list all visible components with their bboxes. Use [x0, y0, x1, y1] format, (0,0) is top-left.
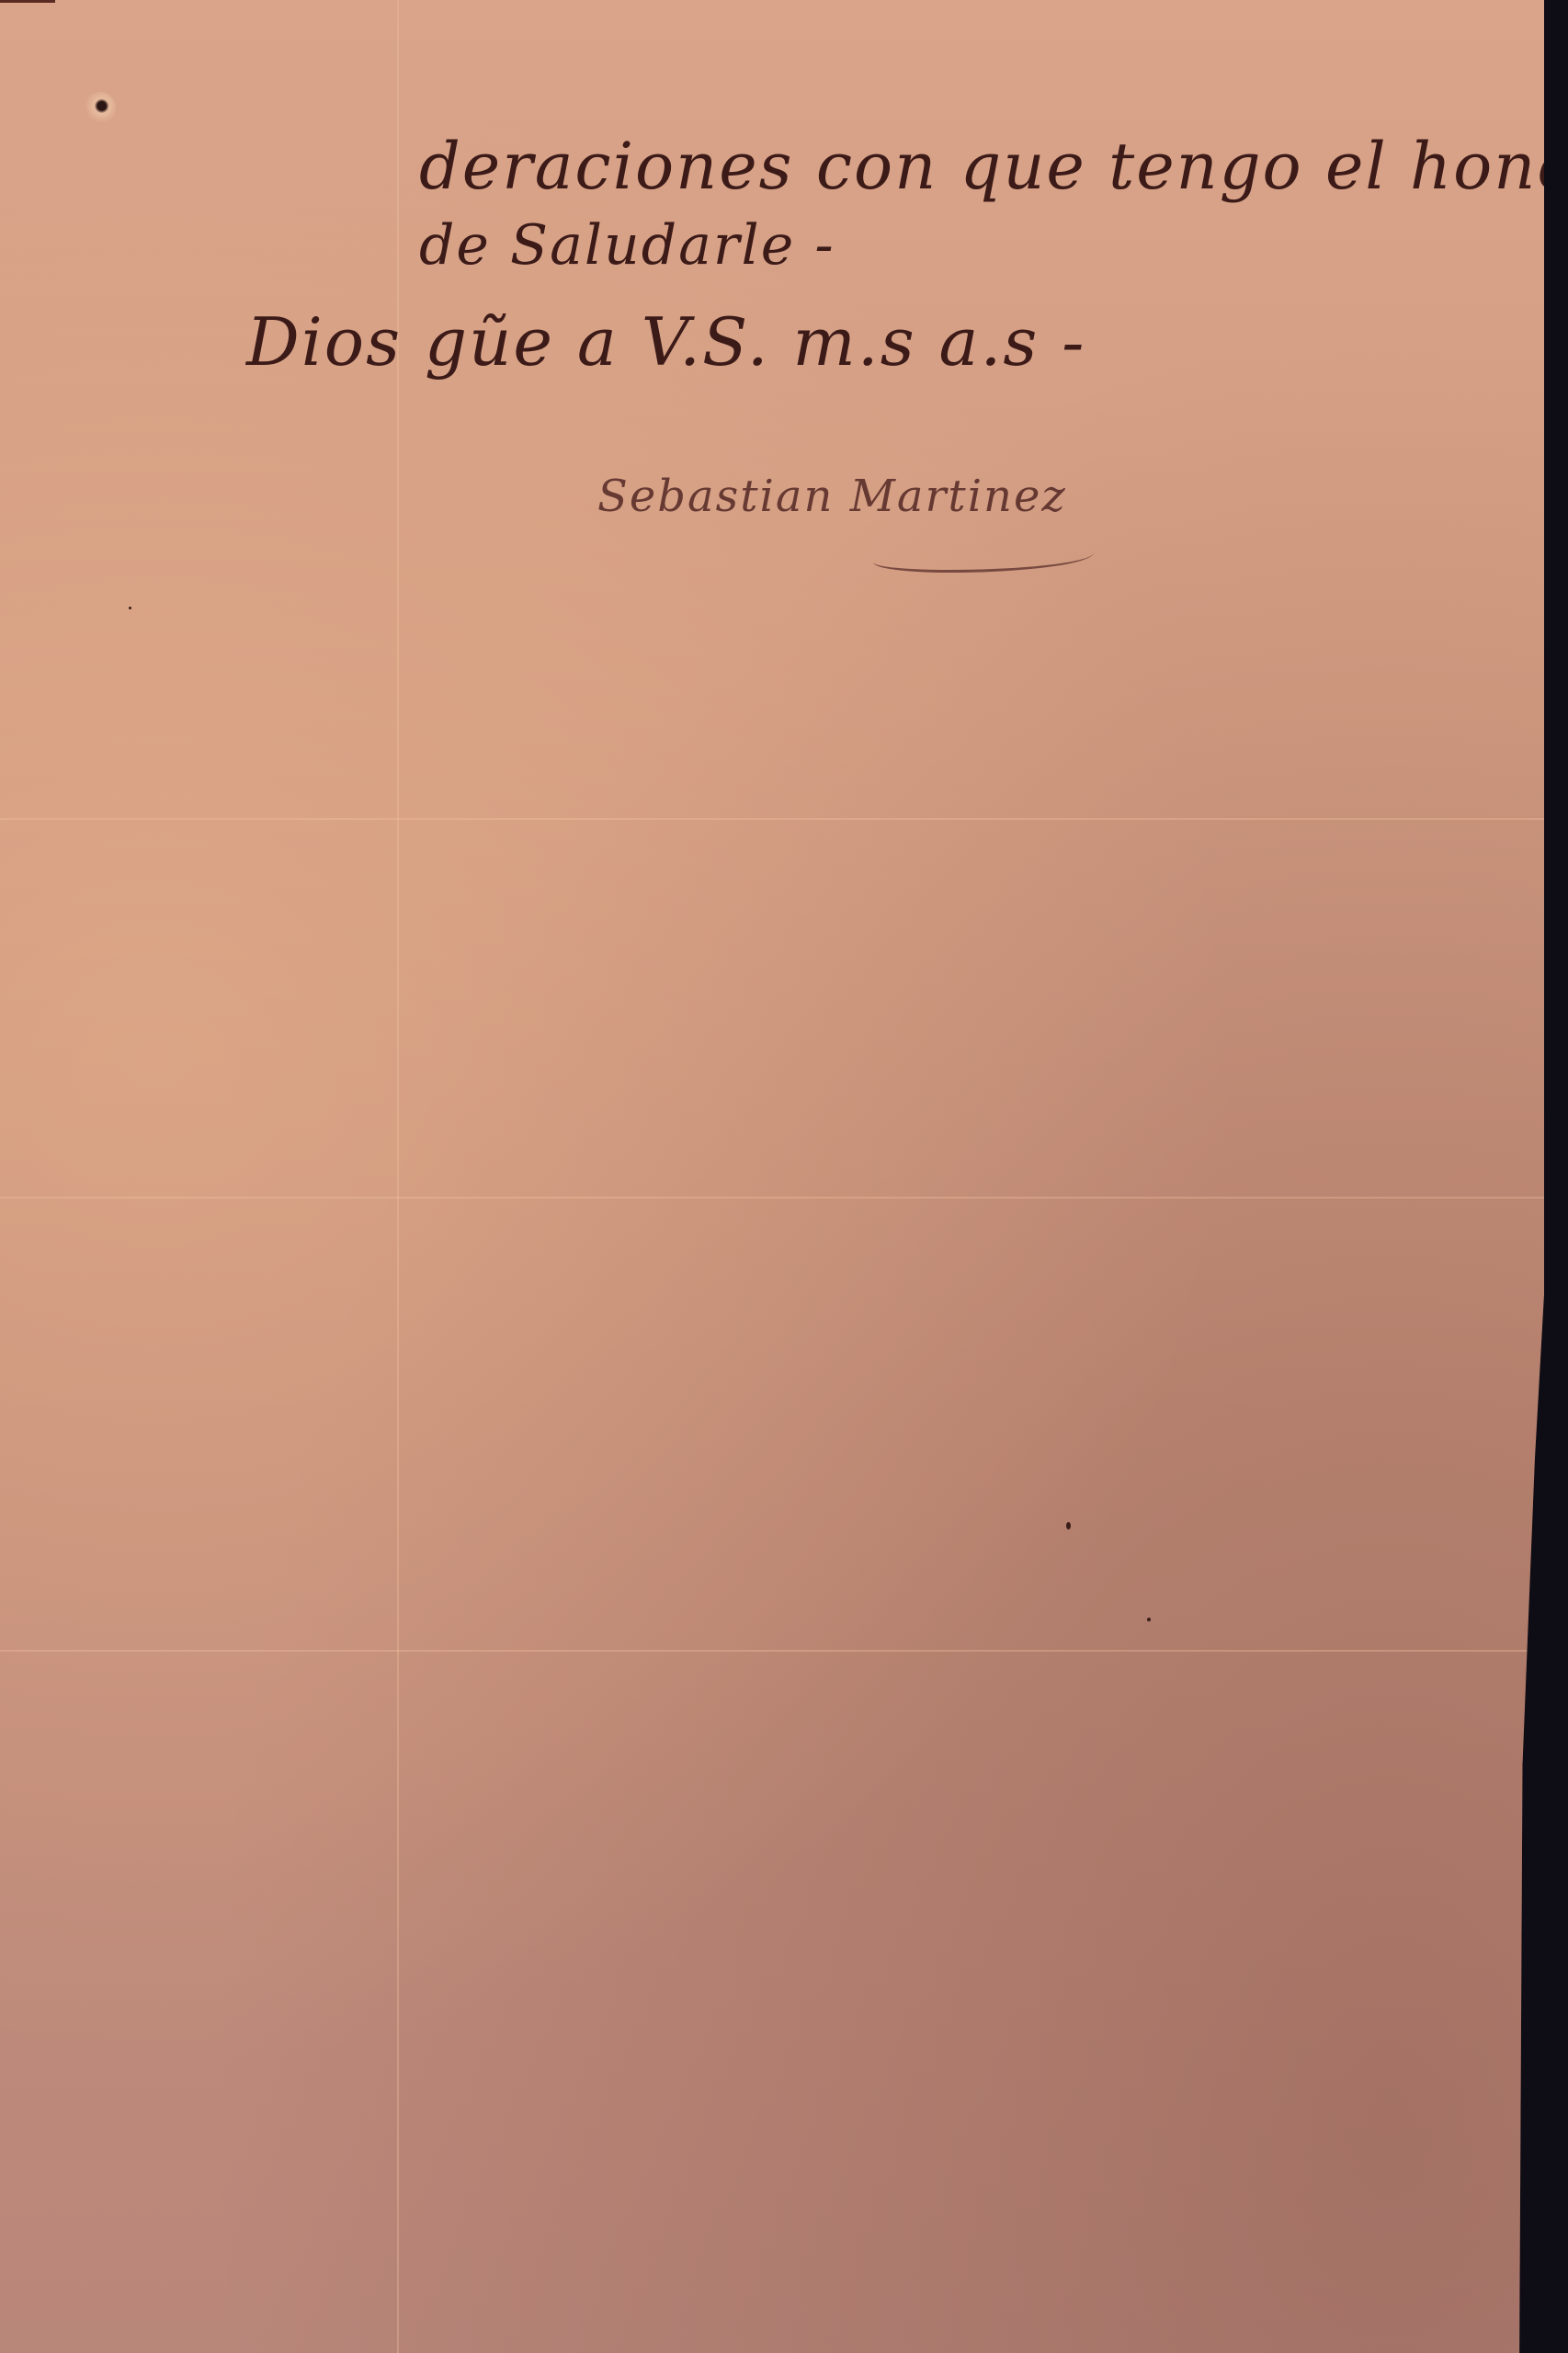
fold-line-horizontal [0, 1197, 1544, 1199]
signature: Sebastian Martinez [597, 471, 1067, 522]
letter-closing: Dios gũe a V.S. m.s a.s - [246, 303, 1086, 381]
signature-flourish [873, 542, 1094, 573]
fold-line-horizontal [0, 1650, 1544, 1652]
ink-speck [1066, 1522, 1071, 1529]
fold-line-horizontal [0, 818, 1544, 820]
paper-edge-mark [0, 0, 55, 3]
letter-line-1: deraciones con que tengo el honor [419, 129, 1568, 204]
paper-sheet: deraciones con que tengo el honor de Sal… [0, 0, 1544, 2353]
ink-speck [129, 607, 131, 609]
ink-speck [1147, 1618, 1151, 1621]
paper-hole [85, 92, 116, 123]
letter-line-2: de Saludarle - [419, 213, 835, 278]
